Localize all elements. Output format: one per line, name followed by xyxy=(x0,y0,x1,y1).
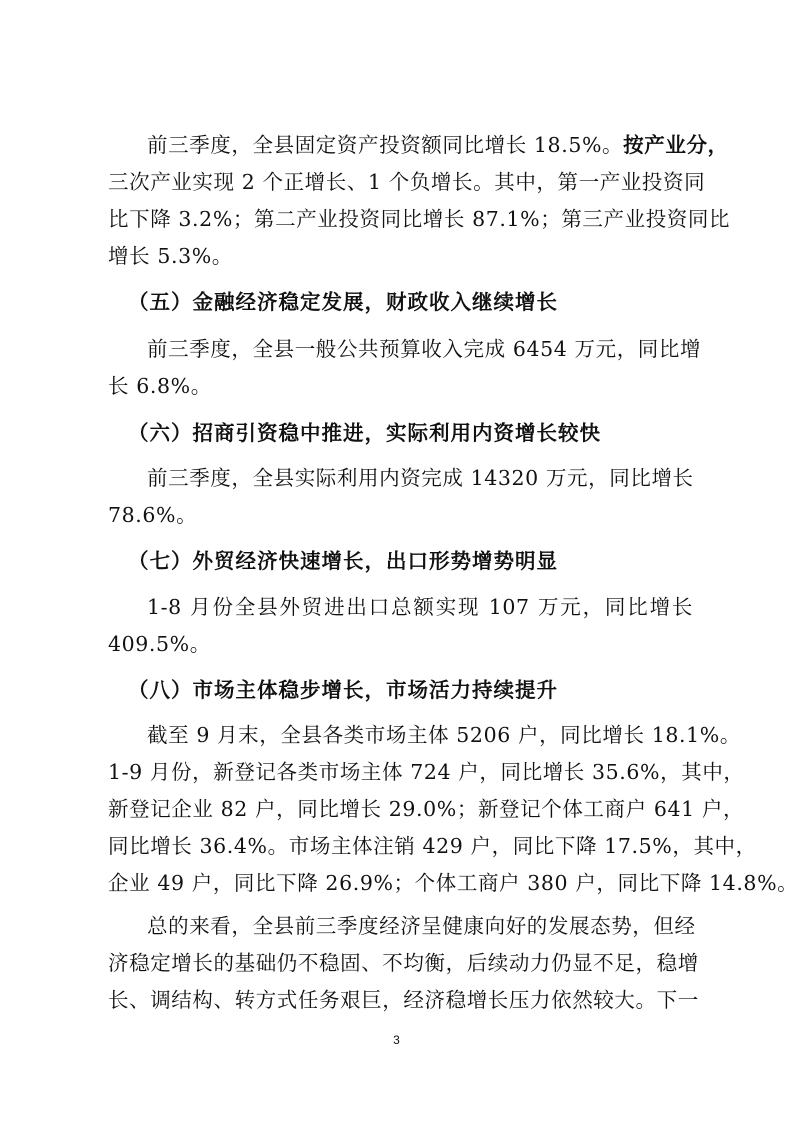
paragraph-line: 长、调结构、转方式任务艰巨，经济稳增长压力依然较大。下一 xyxy=(108,987,693,1013)
paragraph-line: 同比增长 36.4%。市场主体注销 429 户，同比下降 17.5%，其中， xyxy=(108,833,693,859)
paragraph-line: 前三季度，全县固定资产投资额同比增长 18.5%。按产业分， xyxy=(147,132,693,158)
paragraph-line: 新登记企业 82 户，同比增长 29.0%；新登记个体工商户 641 户， xyxy=(108,796,693,822)
section-heading-7: （七）外贸经济快速增长，出口形势增势明显 xyxy=(128,548,558,574)
paragraph-line: 1-9 月份，新登记各类市场主体 724 户，同比增长 35.6%，其中， xyxy=(108,759,693,785)
paragraph-line: 济稳定增长的基础仍不稳固、不均衡，后续动力仍显不足，稳增 xyxy=(108,950,693,976)
paragraph-line: 长 6.8%。 xyxy=(108,373,693,399)
line-text: 前三季度，全县固定资产投资额同比增长 18.5%。 xyxy=(147,133,623,157)
page-number: 3 xyxy=(0,1033,793,1047)
paragraph-line: 前三季度，全县一般公共预算收入完成 6454 万元，同比增 xyxy=(147,336,693,362)
paragraph-line: 企业 49 户，同比下降 26.9%；个体工商户 380 户，同比下降 14.8… xyxy=(108,870,693,896)
section-heading-5: （五）金融经济稳定发展，财政收入继续增长 xyxy=(128,289,558,315)
paragraph-line: 增长 5.3%。 xyxy=(108,243,693,269)
paragraph-line: 前三季度，全县实际利用内资完成 14320 万元，同比增长 xyxy=(147,465,693,491)
bold-phrase: 按产业分， xyxy=(623,133,729,157)
section-heading-6: （六）招商引资稳中推进，实际利用内资增长较快 xyxy=(128,420,601,446)
paragraph-line: 78.6%。 xyxy=(108,502,693,528)
paragraph-line: 截至 9 月末，全县各类市场主体 5206 户，同比增长 18.1%。 xyxy=(147,722,693,748)
section-heading-8: （八）市场主体稳步增长，市场活力持续提升 xyxy=(128,677,558,703)
paragraph-line: 比下降 3.2%；第二产业投资同比增长 87.1%；第三产业投资同比 xyxy=(108,206,693,232)
document-page: 前三季度，全县固定资产投资额同比增长 18.5%。按产业分， 三次产业实现 2 … xyxy=(0,0,793,1122)
paragraph-line: 1-8 月份全县外贸进出口总额实现 107 万元，同比增长 xyxy=(147,594,693,620)
paragraph-line: 总的来看，全县前三季度经济呈健康向好的发展态势，但经 xyxy=(147,913,693,939)
paragraph-line: 三次产业实现 2 个正增长、1 个负增长。其中，第一产业投资同 xyxy=(108,169,693,195)
paragraph-line: 409.5%。 xyxy=(108,631,693,657)
